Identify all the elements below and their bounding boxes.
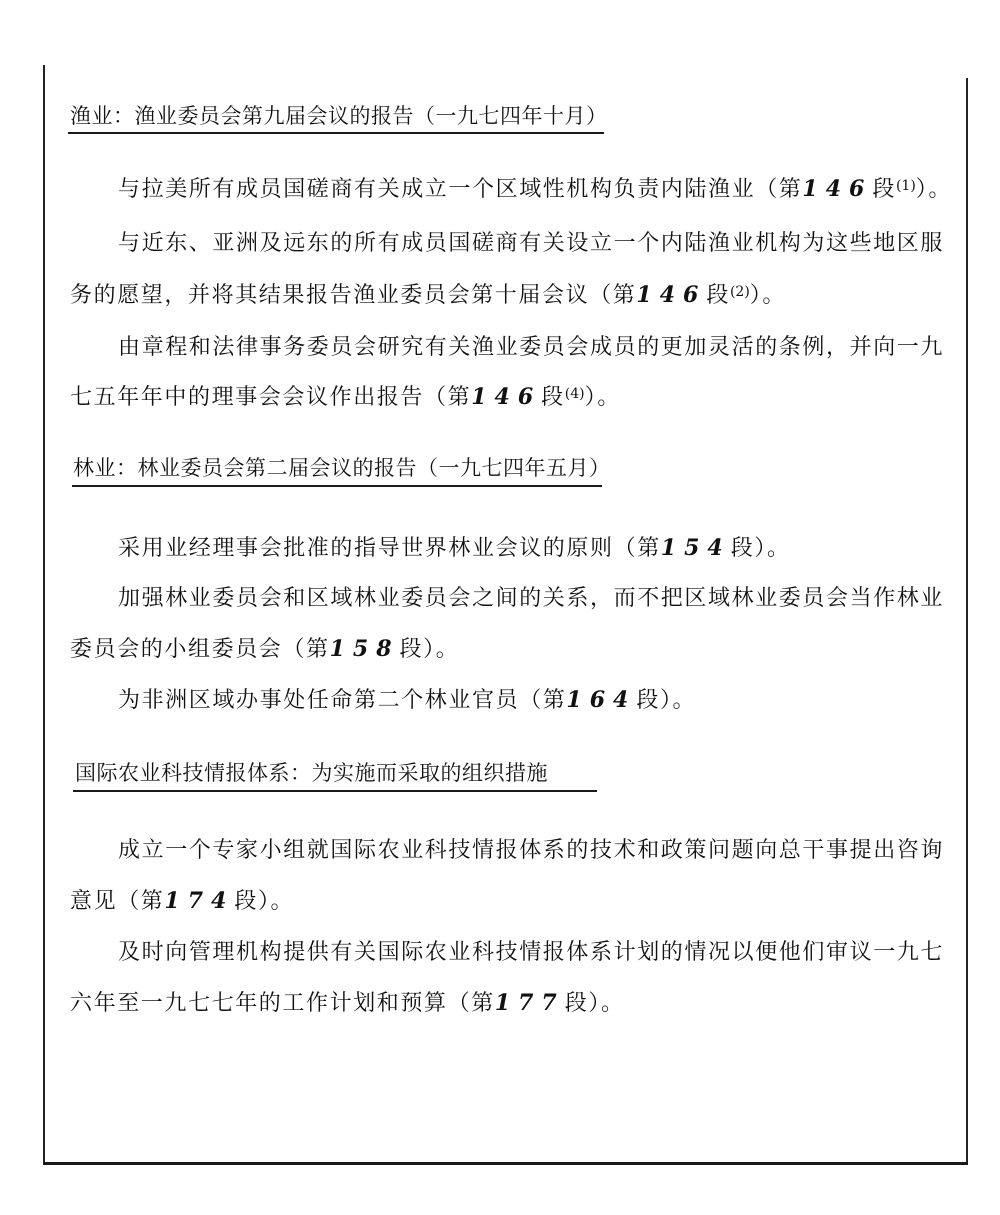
- paragraph-line: 为非洲区域办事处任命第二个林业官员（第164段）。: [118, 683, 696, 714]
- paragraph-line: 加强林业委员会和区域林业委员会之间的关系，而不把区域林业委员会当作林业: [118, 581, 944, 612]
- paragraph-line: 意见（第174段）。: [70, 884, 294, 915]
- paragraph-text: 委员会的小组委员会（第: [70, 637, 330, 662]
- paragraph-text: 段: [731, 536, 755, 561]
- paragraph-text: 务的愿望，并将其结果报告渔业委员会第十届会议（第: [70, 283, 636, 308]
- paragraph-text: ）。: [916, 177, 952, 202]
- heading-underline: [73, 790, 597, 792]
- paragraph-text: 段: [565, 991, 589, 1016]
- paragraph-text: ）。: [585, 385, 621, 410]
- paragraph-number: 146: [802, 176, 872, 202]
- paragraph-text: 段: [872, 177, 896, 202]
- paragraph-text: 段: [706, 283, 730, 308]
- paragraph-line: 由章程和法律事务委员会研究有关渔业委员会成员的更加灵活的条例，并向一九: [118, 330, 944, 361]
- heading-underline: [72, 485, 602, 487]
- page-border-bottom: [43, 1162, 968, 1165]
- paragraph-text: ）。: [423, 637, 459, 662]
- section-heading-fisheries: 渔业：渔业委员会第九届会议的报告（一九七四年十月）: [70, 100, 608, 130]
- paragraph-line: 与近东、亚洲及远东的所有成员国磋商有关设立一个内陆渔业机构为这些地区服: [118, 226, 944, 257]
- footnote-marker: (2): [730, 284, 750, 300]
- footnote-marker: (1): [896, 178, 916, 194]
- paragraph-line: 委员会的小组委员会（第158段）。: [70, 632, 459, 663]
- paragraph-text: 采用业经理事会批准的指导世界林业会议的原则（第: [118, 536, 661, 561]
- paragraph-line: 采用业经理事会批准的指导世界林业会议的原则（第154段）。: [118, 531, 791, 562]
- paragraph-number: 154: [661, 535, 731, 561]
- section-heading-agris: 国际农业科技情报体系：为实施而采取的组织措施: [75, 757, 548, 787]
- paragraph-text: ）。: [754, 536, 790, 561]
- paragraph-number: 158: [330, 636, 400, 662]
- paragraph-text: ）。: [660, 688, 696, 713]
- paragraph-line: 及时向管理机构提供有关国际农业科技情报体系计划的情况以便他们审议一九七: [118, 935, 944, 966]
- paragraph-number: 164: [566, 687, 636, 713]
- paragraph-line: 六年至一九七七年的工作计划和预算（第177段）。: [70, 986, 625, 1017]
- footnote-marker: (4): [565, 386, 585, 402]
- paragraph-number: 146: [471, 384, 541, 410]
- paragraph-text: 与拉美所有成员国磋商有关成立一个区域性机构负责内陆渔业（第: [118, 177, 802, 202]
- paragraph-line: 务的愿望，并将其结果报告渔业委员会第十届会议（第146段(2)）。: [70, 278, 786, 309]
- paragraph-text: ）。: [750, 283, 786, 308]
- paragraph-line: 成立一个专家小组就国际农业科技情报体系的技术和政策问题向总干事提出咨询: [118, 833, 944, 864]
- paragraph-text: 段: [234, 889, 258, 914]
- paragraph-number: 146: [636, 282, 706, 308]
- paragraph-number: 177: [495, 990, 565, 1016]
- paragraph-text: 段: [636, 688, 660, 713]
- section-heading-forestry: 林业：林业委员会第二届会议的报告（一九七四年五月）: [73, 452, 611, 482]
- paragraph-text: 七五年年中的理事会会议作出报告（第: [70, 385, 471, 410]
- page-border-right: [966, 78, 968, 1165]
- paragraph-text: ）。: [258, 889, 294, 914]
- paragraph-text: 段: [400, 637, 424, 662]
- paragraph-line: 七五年年中的理事会会议作出报告（第146段(4)）。: [70, 380, 621, 411]
- paragraph-text: 为非洲区域办事处任命第二个林业官员（第: [118, 688, 566, 713]
- page-border-left: [43, 65, 45, 1165]
- heading-underline: [68, 132, 604, 134]
- paragraph-text: 六年至一九七七年的工作计划和预算（第: [70, 991, 495, 1016]
- paragraph-text: 意见（第: [70, 889, 164, 914]
- paragraph-number: 174: [164, 888, 234, 914]
- paragraph-text: ）。: [588, 991, 624, 1016]
- paragraph-text: 段: [541, 385, 565, 410]
- paragraph-line: 与拉美所有成员国磋商有关成立一个区域性机构负责内陆渔业（第146段(1)）。: [118, 172, 952, 203]
